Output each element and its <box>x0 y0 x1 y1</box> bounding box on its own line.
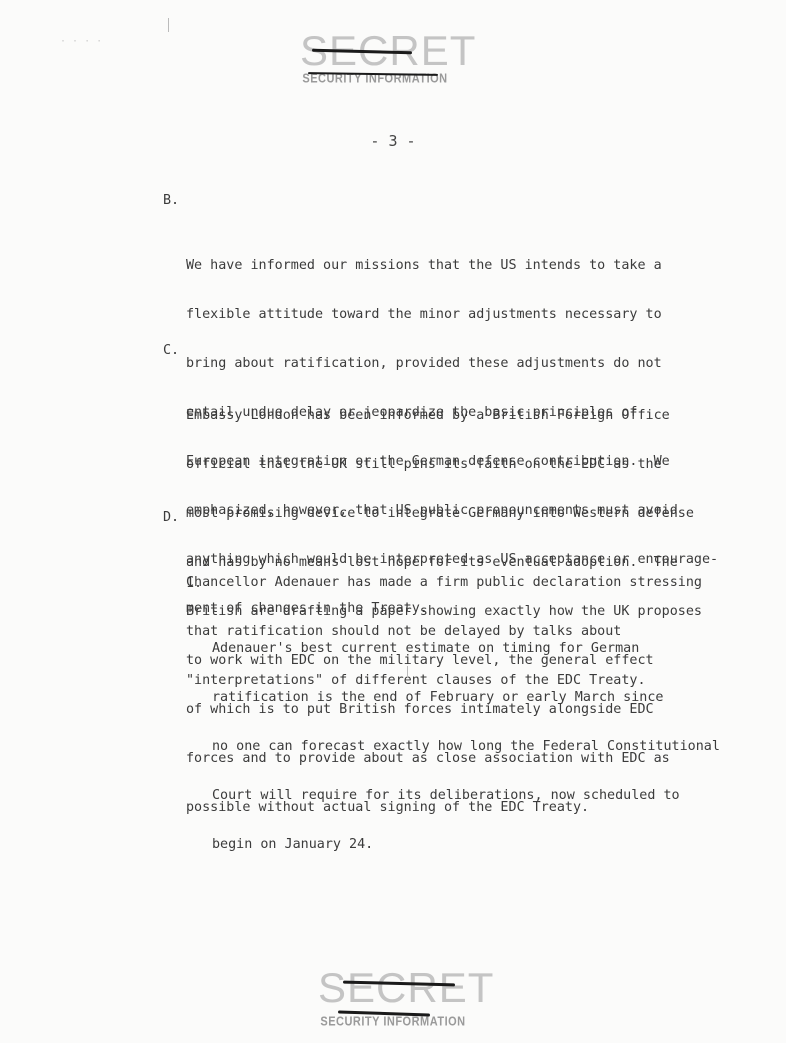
section-label: D. <box>163 510 179 526</box>
text-line: Embassy London has been informed by a Br… <box>186 408 702 424</box>
footer-classification-stamp: SECRET SECURITY INFORMATION <box>318 967 468 1029</box>
text-line: ratification is the end of February or e… <box>212 690 720 706</box>
subsection-label: 1. <box>186 576 202 592</box>
section-label: B. <box>163 193 179 209</box>
scan-artifact: · · · · <box>60 36 102 47</box>
page-number: - 3 - <box>0 132 786 150</box>
subsection-1: 1. Adenauer's best current estimate on t… <box>186 560 720 902</box>
text-line: begin on January 24. <box>212 837 720 853</box>
header-classification-stamp: SECRET SECURITY INFORMATION <box>300 30 450 86</box>
section-label: C. <box>163 343 179 359</box>
text-line: Court will require for its deliberations… <box>212 788 720 804</box>
text-line: official that the UK still pins its fait… <box>186 457 702 473</box>
text-line: no one can forecast exactly how long the… <box>212 739 720 755</box>
text-line: We have informed our missions that the U… <box>186 258 718 274</box>
footer-classification: SECRET <box>318 967 468 1009</box>
scan-mark <box>407 666 408 678</box>
text-line: Adenauer's best current estimate on timi… <box>212 641 720 657</box>
scan-mark <box>168 18 169 32</box>
footer-subtitle: SECURITY INFORMATION <box>318 1014 468 1031</box>
text-line: flexible attitude toward the minor adjus… <box>186 307 718 323</box>
